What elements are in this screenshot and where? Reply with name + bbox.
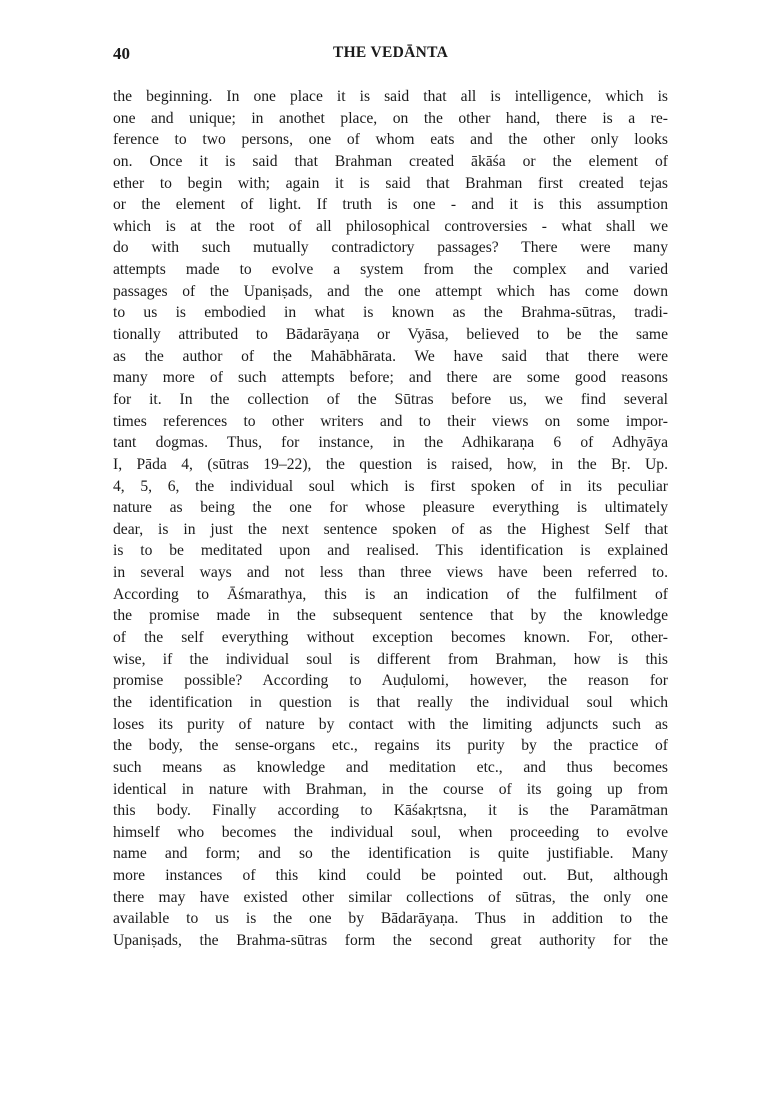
text-line-content: Upaniṣads, the Brahma-sūtras form the se… [113,930,668,952]
text-line-content: times references to other writers and to… [113,411,668,433]
text-line: 4, 5, 6, the individual soul which is fi… [113,476,668,498]
text-line-content: the identification in question is that r… [113,692,668,714]
text-line-content: there may have existed other similar col… [113,887,668,909]
text-line: the identification in question is that r… [113,692,668,714]
text-line: nature as being the one for whose pleasu… [113,497,668,519]
text-line-content: the promise made in the subsequent sente… [113,605,668,627]
text-line: himself who becomes the individual soul,… [113,822,668,844]
text-line-content: of the self everything without exception… [113,627,668,649]
text-line-content: many more of such attempts before; and t… [113,367,668,389]
text-line-content: loses its purity of nature by contact wi… [113,714,668,736]
text-line-content: dear, is in just the next sentence spoke… [113,519,668,541]
text-line-content: for it. In the collection of the Sūtras … [113,389,668,411]
text-line: available to us is the one by Bādarāyaṇa… [113,908,668,930]
text-line: attempts made to evolve a system from th… [113,259,668,281]
text-line: Upaniṣads, the Brahma-sūtras form the se… [113,930,668,952]
text-line: According to Āśmarathya, this is an indi… [113,584,668,606]
text-line: name and form; and so the identification… [113,843,668,865]
text-line-content: more instances of this kind could be poi… [113,865,668,887]
text-line-content: such means as knowledge and meditation e… [113,757,668,779]
text-line: the body, the sense-organs etc., regains… [113,735,668,757]
text-line-content: passages of the Upaniṣads, and the one a… [113,281,668,303]
text-line-content: in several ways and not less than three … [113,562,668,584]
text-line-content: the beginning. In one place it is said t… [113,86,668,108]
text-line: for it. In the collection of the Sūtras … [113,389,668,411]
text-line: there may have existed other similar col… [113,887,668,909]
text-line-content: attempts made to evolve a system from th… [113,259,668,281]
text-line: one and unique; in anothet place, on the… [113,108,668,130]
text-line: the beginning. In one place it is said t… [113,86,668,108]
text-line: I, Pāda 4, (sūtras 19–22), the question … [113,454,668,476]
text-line: promise possible? According to Auḍulomi,… [113,670,668,692]
text-line-content: to us is embodied in what is known as th… [113,302,668,324]
text-line-content: on. Once it is said that Brahman created… [113,151,668,173]
text-line-content: tionally attributed to Bādarāyaṇa or Vyā… [113,324,668,346]
text-line-content: promise possible? According to Auḍulomi,… [113,670,668,692]
text-line: more instances of this kind could be poi… [113,865,668,887]
text-line: ference to two persons, one of whom eats… [113,129,668,151]
text-line: the promise made in the subsequent sente… [113,605,668,627]
text-line-content: name and form; and so the identification… [113,843,668,865]
text-line-content: tant dogmas. Thus, for instance, in the … [113,432,668,454]
page-header: 40 THE VEDĀNTA [113,44,668,66]
text-line: many more of such attempts before; and t… [113,367,668,389]
text-line: times references to other writers and to… [113,411,668,433]
text-line: wise, if the individual soul is differen… [113,649,668,671]
text-line: passages of the Upaniṣads, and the one a… [113,281,668,303]
text-line-content: wise, if the individual soul is differen… [113,649,668,671]
text-line: dear, is in just the next sentence spoke… [113,519,668,541]
text-line-content: himself who becomes the individual soul,… [113,822,668,844]
text-line: tant dogmas. Thus, for instance, in the … [113,432,668,454]
text-line: or the element of light. If truth is one… [113,194,668,216]
text-line: do with such mutually contradictory pass… [113,237,668,259]
text-line-content: one and unique; in anothet place, on the… [113,108,668,130]
text-line-content: ether to begin with; again it is said th… [113,173,668,195]
text-line-content: available to us is the one by Bādarāyaṇa… [113,908,668,930]
text-line: in several ways and not less than three … [113,562,668,584]
text-line-content: According to Āśmarathya, this is an indi… [113,584,668,606]
text-line: such means as knowledge and meditation e… [113,757,668,779]
text-line: as the author of the Mahābhārata. We hav… [113,346,668,368]
text-line-content: is to be meditated upon and realised. Th… [113,540,668,562]
text-line-content: I, Pāda 4, (sūtras 19–22), the question … [113,454,668,476]
text-line-content: nature as being the one for whose pleasu… [113,497,668,519]
running-head: THE VEDĀNTA [113,44,668,62]
text-line: of the self everything without exception… [113,627,668,649]
text-line-content: this body. Finally according to Kāśakṛts… [113,800,668,822]
text-line: identical in nature with Brahman, in the… [113,779,668,801]
text-line-content: as the author of the Mahābhārata. We hav… [113,346,668,368]
text-line-content: the body, the sense-organs etc., regains… [113,735,668,757]
text-line: which is at the root of all philosophica… [113,216,668,238]
text-line-content: which is at the root of all philosophica… [113,216,668,238]
text-line: on. Once it is said that Brahman created… [113,151,668,173]
text-line: tionally attributed to Bādarāyaṇa or Vyā… [113,324,668,346]
text-line-content: or the element of light. If truth is one… [113,194,668,216]
text-line: loses its purity of nature by contact wi… [113,714,668,736]
text-line-content: identical in nature with Brahman, in the… [113,779,668,801]
text-line: this body. Finally according to Kāśakṛts… [113,800,668,822]
body-text: the beginning. In one place it is said t… [113,86,668,952]
text-line-content: do with such mutually contradictory pass… [113,237,668,259]
text-line-content: 4, 5, 6, the individual soul which is fi… [113,476,668,498]
text-line: ether to begin with; again it is said th… [113,173,668,195]
text-line-content: ference to two persons, one of whom eats… [113,129,668,151]
text-line: is to be meditated upon and realised. Th… [113,540,668,562]
text-line: to us is embodied in what is known as th… [113,302,668,324]
